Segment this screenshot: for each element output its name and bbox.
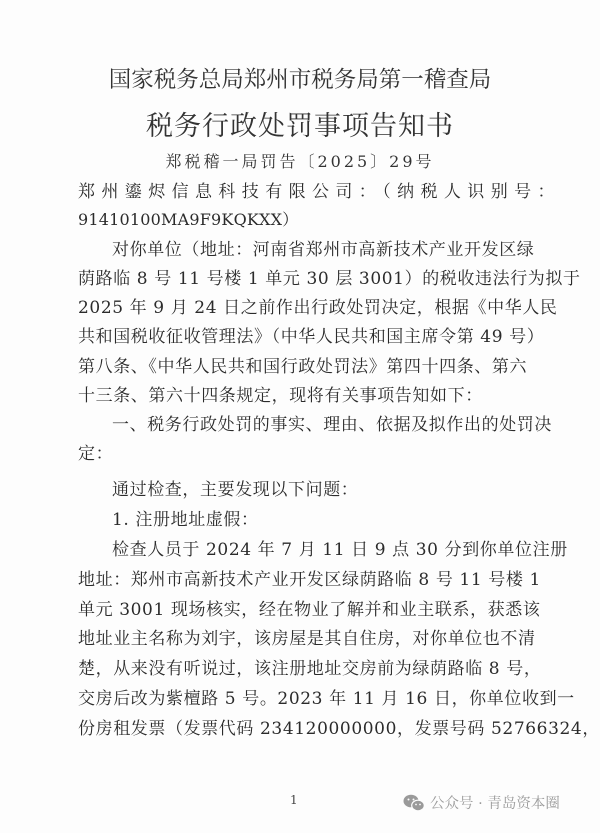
- section-heading-line: 定：: [78, 443, 530, 465]
- body-line: 检查人员于 2024 年 7 月 11 日 9 点 30 分到你单位注册: [112, 539, 564, 561]
- body-line: 地址业主名称为刘宇，该房屋是其自住房，对你单位也不清: [78, 628, 530, 650]
- recipient-name-line: 郑州鎏烬信息科技有限公司：（纳税人识别号：: [78, 181, 530, 203]
- body-line: 2025 年 9 月 24 日之前作出行政处罚决定，根据《中华人民: [78, 297, 530, 319]
- body-line: 地址：郑州市高新技术产业开发区绿荫路临 8 号 11 号楼 1: [78, 569, 530, 591]
- body-line: 份房租发票（发票代码 234120000000，发票号码 52766324，: [78, 718, 530, 740]
- body-line: 共和国税收征收管理法》（中华人民共和国主席令第 49 号）: [78, 326, 530, 348]
- taxpayer-id-line: 91410100MA9F9KQKXX）: [78, 209, 530, 231]
- body-line: 第八条、《中华人民共和国行政处罚法》第四十四条、第六: [78, 356, 530, 378]
- page-number: 1: [290, 793, 298, 807]
- document-page: 国家税务总局郑州市税务局第一稽查局 税务行政处罚事项告知书 郑税稽一局罚告〔20…: [0, 0, 600, 833]
- document-title: 税务行政处罚事项告知书: [0, 104, 600, 143]
- wechat-icon: [403, 794, 425, 812]
- issuing-organization: 国家税务总局郑州市税务局第一稽查局: [0, 62, 600, 94]
- body-line: 对你单位（地址：河南省郑州市高新技术产业开发区绿: [112, 239, 564, 261]
- body-line: 交房后改为紫檀路 5 号。2023 年 11 月 16 日，你单位收到一: [78, 688, 530, 710]
- section-heading-line: 一、税务行政处罚的事实、理由、依据及拟作出的处罚决: [112, 414, 564, 436]
- document-number: 郑税稽一局罚告〔2025〕29号: [0, 149, 600, 172]
- subsection-heading: 1. 注册地址虚假：: [112, 509, 564, 531]
- body-line: 十三条、第六十四条规定，现将有关事项告知如下：: [78, 385, 530, 407]
- body-line: 荫路临 8 号 11 号楼 1 单元 30 层 3001）的税收违法行为拟于: [78, 268, 530, 290]
- body-line: 楚，从来没有听说过，该注册地址交房前为绿荫路临 8 号，: [78, 658, 530, 680]
- watermark-text: 公众号 · 青岛资本圈: [430, 792, 560, 813]
- body-line: 单元 3001 现场核实，经在物业了解并和业主联系，获悉该: [78, 599, 530, 621]
- body-line: 通过检查，主要发现以下问题：: [112, 479, 564, 501]
- wechat-watermark: 公众号 · 青岛资本圈: [403, 792, 560, 813]
